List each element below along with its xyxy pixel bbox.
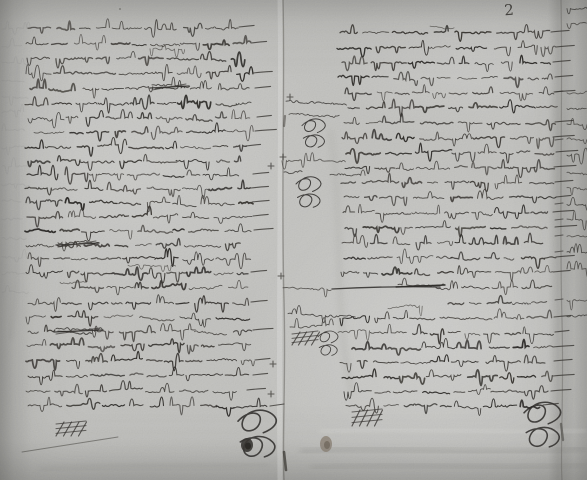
manuscript-scan: 2: [0, 0, 587, 480]
page-number: 2: [498, 0, 519, 19]
scan-grain: [0, 0, 587, 480]
manuscript-artwork: [0, 0, 587, 480]
